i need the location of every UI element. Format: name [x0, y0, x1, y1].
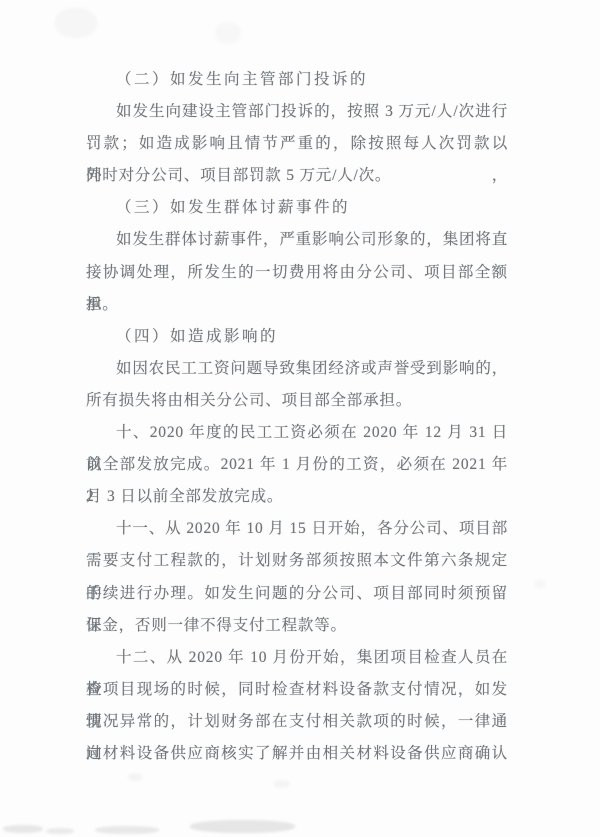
document-line: 手续进行办理。如发生问题的分公司、项目部同时须预留保: [86, 578, 508, 610]
document-line: 情况异常的，计划财务部在支付相关款项的时候，一律通过: [86, 706, 508, 738]
document-line: 查项目现场的时候，同时检查材料设备款支付情况，如发现: [86, 674, 508, 706]
document-line: （二）如发生向主管部门投诉的: [86, 64, 508, 96]
scan-artifact: [190, 820, 295, 833]
document-line: （三）如发生群体讨薪事件的: [86, 192, 508, 224]
document-line: 月 3 日以前全部发放完成。: [86, 481, 508, 513]
document-line: 需要支付工程款的，计划财务部须按照本文件第六条规定的: [86, 545, 508, 577]
scan-artifact: [3, 825, 43, 833]
scan-artifact: [55, 8, 97, 38]
document-line: 十一、从 2020 年 10 月 15 日开始，各分公司、项目部: [86, 513, 508, 545]
document-line: 罚款；如造成影响且情节严重的，除按照每人次罚款以外，: [86, 128, 508, 160]
scan-artifact: [274, 780, 290, 788]
document-line: 接协调处理，所发生的一切费用将由分公司、项目部全额承: [86, 257, 508, 289]
document-line: 十二、从 2020 年 10 月份开始，集团项目检查人员在检: [86, 642, 508, 674]
scan-artifact: [46, 828, 74, 834]
scan-artifact: [128, 773, 142, 781]
document-line: 向材料设备供应商核实了解并由相关材料设备供应商确认: [86, 738, 508, 770]
document-text-block: （二）如发生向主管部门投诉的如发生向建设主管部门投诉的，按照 3 万元/人/次进…: [86, 64, 508, 770]
document-line: 如发生群体讨薪事件，严重影响公司形象的，集团将直: [86, 224, 508, 256]
document-line: 如因农民工工资问题导致集团经济或声誉受到影响的，: [86, 353, 508, 385]
document-line: 十、2020 年度的民工工资必须在 2020 年 12 月 31 日以: [86, 417, 508, 449]
scan-artifact: [95, 826, 159, 834]
scanned-document-page: （二）如发生向主管部门投诉的如发生向建设主管部门投诉的，按照 3 万元/人/次进…: [0, 0, 600, 837]
scan-artifact: [534, 580, 546, 588]
document-line: 前全部发放完成。2021 年 1 月份的工资，必须在 2021 年 2: [86, 449, 508, 481]
document-line: （四）如造成影响的: [86, 321, 508, 353]
document-line: 所有损失将由相关分公司、项目部全部承担。: [86, 385, 508, 417]
document-line: 如发生向建设主管部门投诉的，按照 3 万元/人/次进行: [86, 96, 508, 128]
document-line: 证金，否则一律不得支付工程款等。: [86, 610, 508, 642]
scan-artifact: [215, 22, 241, 44]
document-line: 担。: [86, 289, 508, 321]
